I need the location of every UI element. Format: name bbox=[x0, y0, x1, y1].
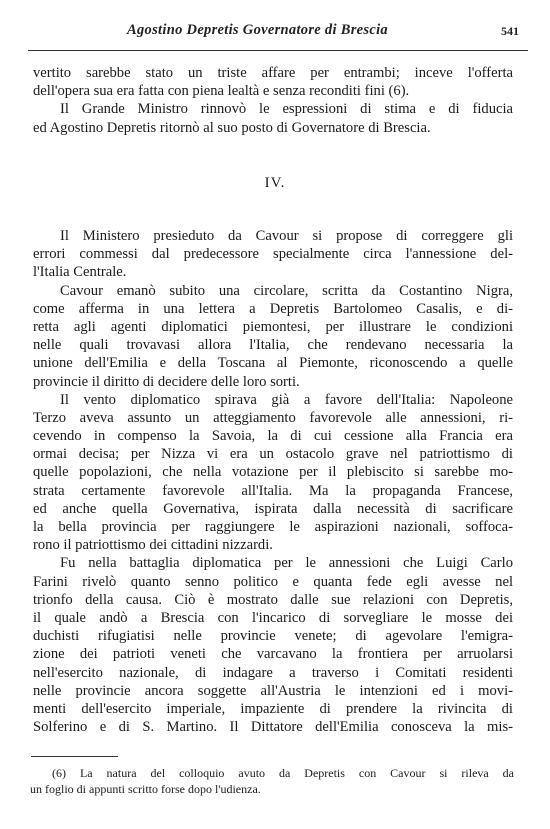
text-line: come afferma in una lettera a Depretis B… bbox=[33, 300, 513, 318]
text-line: Il vento diplomatico spirava già a favor… bbox=[33, 391, 513, 409]
text-line: provincie il diritto di decidere delle l… bbox=[33, 373, 513, 391]
book-page: Agostino Depretis Governatore di Brescia… bbox=[0, 0, 550, 829]
text-line: Terzo aveva assunto un atteggiamento fav… bbox=[33, 409, 513, 427]
text-line: nelle provincie ancora soggette all'Aust… bbox=[33, 682, 513, 700]
text-line: Il Grande Ministro rinnovò le espression… bbox=[33, 100, 513, 118]
text-line: il quale andò a Brescia con l'incarico d… bbox=[33, 609, 513, 627]
footnote-rule bbox=[31, 756, 118, 757]
footnote-line: (6) La natura del colloquio avuto da Dep… bbox=[30, 766, 514, 782]
text-line: Il Ministero presieduto da Cavour si pro… bbox=[33, 227, 513, 245]
text-line: l'Italia Centrale. bbox=[33, 263, 513, 281]
text-line: cevendo in compenso la Savoia, la di cui… bbox=[33, 427, 513, 445]
text-line: strata certamente favorevole all'Italia.… bbox=[33, 482, 513, 500]
text-line: dell'opera sua era fatta con piena lealt… bbox=[33, 82, 513, 100]
text-line: quelle popolazioni, che nella votazione … bbox=[33, 463, 513, 481]
text-line: Farini rivelò quanto senno politico e qu… bbox=[33, 573, 513, 591]
page-number: 541 bbox=[501, 24, 519, 39]
text-line: Fu nella battaglia diplomatica per le an… bbox=[33, 554, 513, 572]
header-rule bbox=[28, 50, 528, 51]
text-line: unione dell'Emilia e della Toscana al Pi… bbox=[33, 354, 513, 372]
text-line: menti dell'esercito imperiale, impazient… bbox=[33, 700, 513, 718]
text-line: ed anche quella Governativa, ispirata da… bbox=[33, 500, 513, 518]
text-line: rono il patriottismo dei cittadini nizza… bbox=[33, 536, 513, 554]
text-line: vertito sarebbe stato un triste affare p… bbox=[33, 64, 513, 82]
text-line: ed Agostino Depretis ritornò al suo post… bbox=[33, 119, 513, 137]
body-text-top: vertito sarebbe stato un triste affare p… bbox=[33, 64, 513, 137]
text-line: ormai decisa; per Nizza vi era un ostaco… bbox=[33, 445, 513, 463]
body-text-section-iv: Il Ministero presieduto da Cavour si pro… bbox=[33, 227, 513, 736]
text-line: la bella provincia per raggiungere le as… bbox=[33, 518, 513, 536]
text-line: errori commessi dal predecessore special… bbox=[33, 245, 513, 263]
text-line: nell'esercito nazionale, di indagare a t… bbox=[33, 664, 513, 682]
text-line: Cavour emanò subito una circolare, scrit… bbox=[33, 282, 513, 300]
running-head: Agostino Depretis Governatore di Brescia… bbox=[28, 22, 527, 44]
text-line: Solferino e di S. Martino. Il Dittatore … bbox=[33, 718, 513, 736]
footnotes: (6) La natura del colloquio avuto da Dep… bbox=[30, 766, 514, 797]
section-heading: IV. bbox=[0, 175, 550, 192]
running-title: Agostino Depretis Governatore di Brescia bbox=[28, 22, 487, 39]
text-line: duchisti rifugiatisi nelle provincie ven… bbox=[33, 627, 513, 645]
text-line: retta agli agenti diplomatici piemontesi… bbox=[33, 318, 513, 336]
text-line: trionfo della causa. Ciò è mostrato dall… bbox=[33, 591, 513, 609]
text-line: zione dei patrioti veneti che varcavano … bbox=[33, 645, 513, 663]
text-line: nelle quali trovavasi allora l'Italia, c… bbox=[33, 336, 513, 354]
footnote-line: un foglio di appunti scritto forse dopo … bbox=[30, 782, 514, 798]
